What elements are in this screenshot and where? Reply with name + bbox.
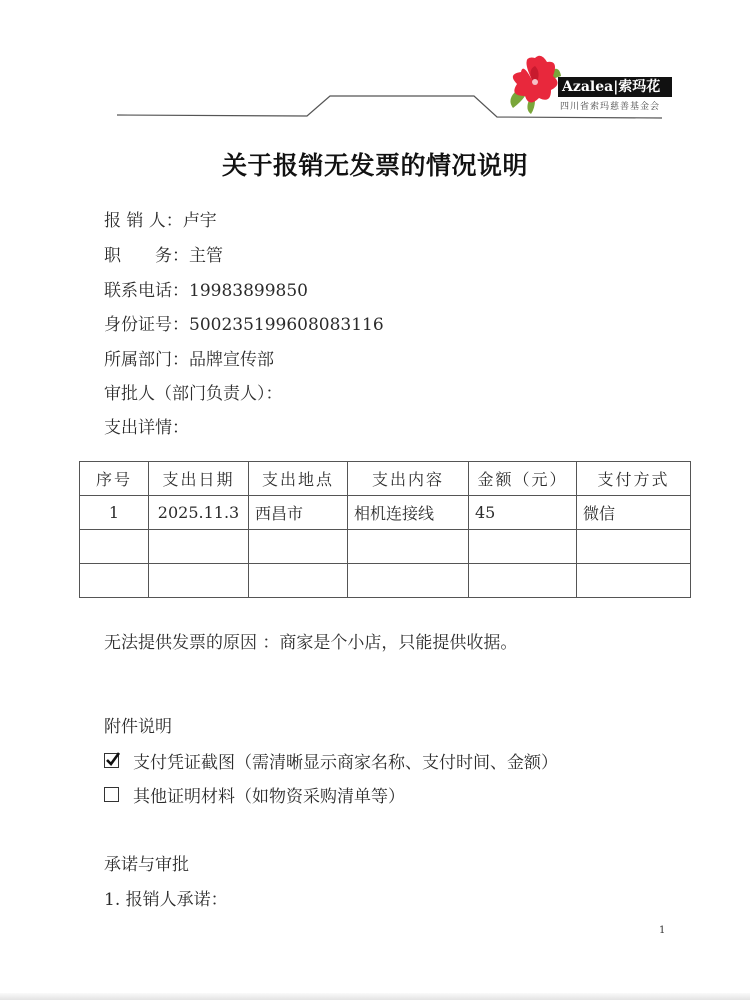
field-expense-details: 支出详情：: [104, 417, 189, 439]
table-row: [80, 564, 691, 598]
cell-seq: [80, 530, 149, 564]
logo-brand-cn: 索玛花: [618, 79, 660, 95]
cell-payment-method: 微信: [577, 496, 691, 530]
field-position: 职 务：主管: [104, 245, 223, 267]
cell-date: [149, 564, 249, 598]
logo-brand-band: Azalea|索玛花: [558, 77, 672, 97]
field-value: 卢宇: [183, 211, 217, 231]
cell-location: [249, 564, 348, 598]
attachments-heading: 附件说明: [104, 712, 172, 737]
cell-location: 西昌市: [249, 496, 348, 530]
logo-org-name: 四川省索玛慈善基金会: [560, 99, 660, 112]
header-date: 支出日期: [149, 462, 249, 496]
header-payment-method: 支付方式: [577, 462, 691, 496]
cell-seq: 1: [80, 496, 149, 530]
checkbox-unchecked-icon[interactable]: [104, 787, 119, 802]
attachment-label: 其他证明材料（如物资采购清单等）: [133, 782, 405, 807]
field-label: 所属部门：: [104, 349, 189, 371]
header-location: 支出地点: [249, 462, 348, 496]
header-seq: 序号: [80, 462, 149, 496]
table-row: 1 2025.11.3 西昌市 相机连接线 45 微信: [80, 496, 691, 530]
cell-amount: [469, 564, 577, 598]
reason-value: 商家是个小店，只能提供收据。: [279, 633, 517, 653]
field-department: 所属部门：品牌宣传部: [104, 349, 274, 371]
field-approver: 审批人（部门负责人）：: [104, 383, 283, 405]
field-phone: 联系电话：19983899850: [104, 280, 308, 302]
cell-date: [149, 530, 249, 564]
table-header-row: 序号 支出日期 支出地点 支出内容 金额（元） 支付方式: [80, 462, 691, 496]
cell-payment-method: [577, 564, 691, 598]
field-label: 联系电话：: [104, 280, 189, 302]
document-title: 关于报销无发票的情况说明: [0, 146, 750, 182]
field-label: 身份证号：: [104, 314, 189, 336]
claimant-commitment: 1. 报销人承诺：: [104, 885, 228, 910]
foundation-logo: Azalea|索玛花 四川省索玛慈善基金会: [505, 52, 670, 114]
field-label: 审批人（部门负责人）：: [104, 383, 283, 405]
field-label: 职 务：: [104, 245, 189, 267]
field-value: 主管: [189, 246, 223, 266]
attachment-label: 支付凭证截图（需清晰显示商家名称、支付时间、金额）: [133, 748, 558, 773]
cell-amount: [469, 530, 577, 564]
cell-amount: 45: [469, 496, 577, 530]
header-content: 支出内容: [348, 462, 469, 496]
attachment-item-other-proof: 其他证明材料（如物资采购清单等）: [104, 782, 405, 807]
cell-location: [249, 530, 348, 564]
no-invoice-reason: 无法提供发票的原因 ：商家是个小店，只能提供收据。: [104, 628, 517, 653]
cell-payment-method: [577, 530, 691, 564]
field-claimant: 报 销 人：卢宇: [104, 210, 217, 232]
field-label: 支出详情：: [104, 417, 189, 439]
header-amount: 金额（元）: [469, 462, 577, 496]
field-value: 19983899850: [189, 281, 308, 301]
cell-content: 相机连接线: [348, 496, 469, 530]
table-row: [80, 530, 691, 564]
attachment-item-payment-screenshot: 支付凭证截图（需清晰显示商家名称、支付时间、金额）: [104, 748, 558, 773]
expense-table: 序号 支出日期 支出地点 支出内容 金额（元） 支付方式 1 2025.11.3…: [79, 461, 691, 598]
field-value: 品牌宣传部: [189, 350, 274, 370]
reason-label: 无法提供发票的原因 ：: [104, 633, 279, 653]
page-number: 1: [659, 925, 665, 936]
azalea-flower-icon: [505, 52, 563, 114]
field-value: 500235199608083116: [189, 315, 384, 335]
commitment-heading: 承诺与审批: [104, 850, 189, 875]
logo-brand-en: Azalea: [562, 79, 613, 95]
scan-edge: [0, 993, 750, 1000]
checkbox-checked-icon[interactable]: [104, 753, 119, 768]
cell-content: [348, 564, 469, 598]
cell-date: 2025.11.3: [149, 496, 249, 530]
cell-content: [348, 530, 469, 564]
field-id-number: 身份证号：500235199608083116: [104, 314, 384, 336]
field-label: 报 销 人：: [104, 210, 183, 232]
cell-seq: [80, 564, 149, 598]
